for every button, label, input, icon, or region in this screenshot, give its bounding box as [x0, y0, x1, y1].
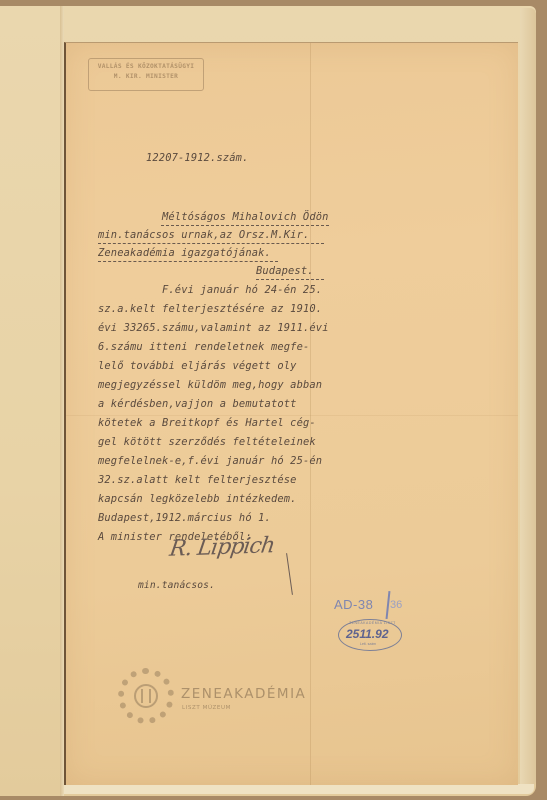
body-line: megfelelnek-e,f.évi január hó 25-én: [98, 455, 322, 467]
reference-number: 12207-1912.szám.: [146, 152, 249, 164]
folder-edge: [520, 8, 536, 788]
archive-shelf-suffix: 36: [390, 599, 402, 611]
body-line: 32.sz.alatt kelt felterjesztése: [98, 474, 297, 486]
body-line: a kérdésben,vajjon a bemutatott: [98, 398, 297, 410]
archive-shelf-mark: AD-38: [334, 597, 373, 612]
addressee-line-2: min.tanácsos urnak,az Orsz.M.Kir.: [98, 229, 309, 241]
signature-stroke: [286, 553, 293, 595]
embossed-ministry-stamp: VALLÁS ÉS KÖZOKTATÁSÜGYI M. KIR. MINISTE…: [88, 58, 204, 91]
inventory-number: 2511.92: [346, 627, 389, 641]
body-line: 6.számu itteni rendeletnek megfe-: [98, 341, 309, 353]
body-line: gel kötött szerződés feltételeinek: [98, 436, 316, 448]
harp-icon: [141, 689, 151, 703]
addressee-city: Budapest.: [256, 265, 314, 277]
folder-bottom-edge: [64, 784, 534, 794]
signer-title: min.tanácsos.: [138, 580, 215, 591]
body-line: megjegyzéssel küldöm meg,hogy abban: [98, 379, 322, 391]
body-line: F.évi január hó 24-én 25.: [162, 284, 322, 296]
inventory-stamp-bottom-text: Lelt. szám: [360, 642, 376, 646]
underline: [256, 279, 324, 280]
date-line: Budapest,1912.március hó 1.: [98, 512, 271, 524]
underline: [98, 261, 278, 262]
inventory-stamp-top-text: ZENEAKADÉMIA LISZT: [349, 621, 396, 625]
fold-line-horizontal: [66, 415, 518, 416]
body-line: évi 33265.számu,valamint az 1911.évi: [98, 322, 329, 334]
addressee-line-3: Zeneakadémia igazgatójának.: [98, 247, 271, 259]
underline: [98, 243, 324, 244]
stamp-line-2: M. KIR. MINISTER: [89, 72, 203, 82]
watermark-title: ZENEAKADÉMIA: [181, 686, 306, 702]
watermark-subtitle: LISZT MÚZEUM: [182, 705, 231, 711]
addressee-line-1: Méltóságos Mihalovich Ödön: [162, 211, 329, 223]
handwritten-signature: R. Lippich: [168, 533, 276, 562]
body-line: lelő további eljárás végett oly: [98, 360, 297, 372]
body-line: sz.a.kelt felterjesztésére az 1910.: [98, 303, 322, 315]
body-line: kapcsán legközelebb intézkedem.: [98, 493, 297, 505]
underline: [161, 225, 329, 226]
body-line: kötetek a Breitkopf és Hartel cég-: [98, 417, 316, 429]
fold-line-vertical: [310, 43, 311, 785]
stamp-line-1: VALLÁS ÉS KÖZOKTATÁSÜGYI: [89, 62, 203, 72]
